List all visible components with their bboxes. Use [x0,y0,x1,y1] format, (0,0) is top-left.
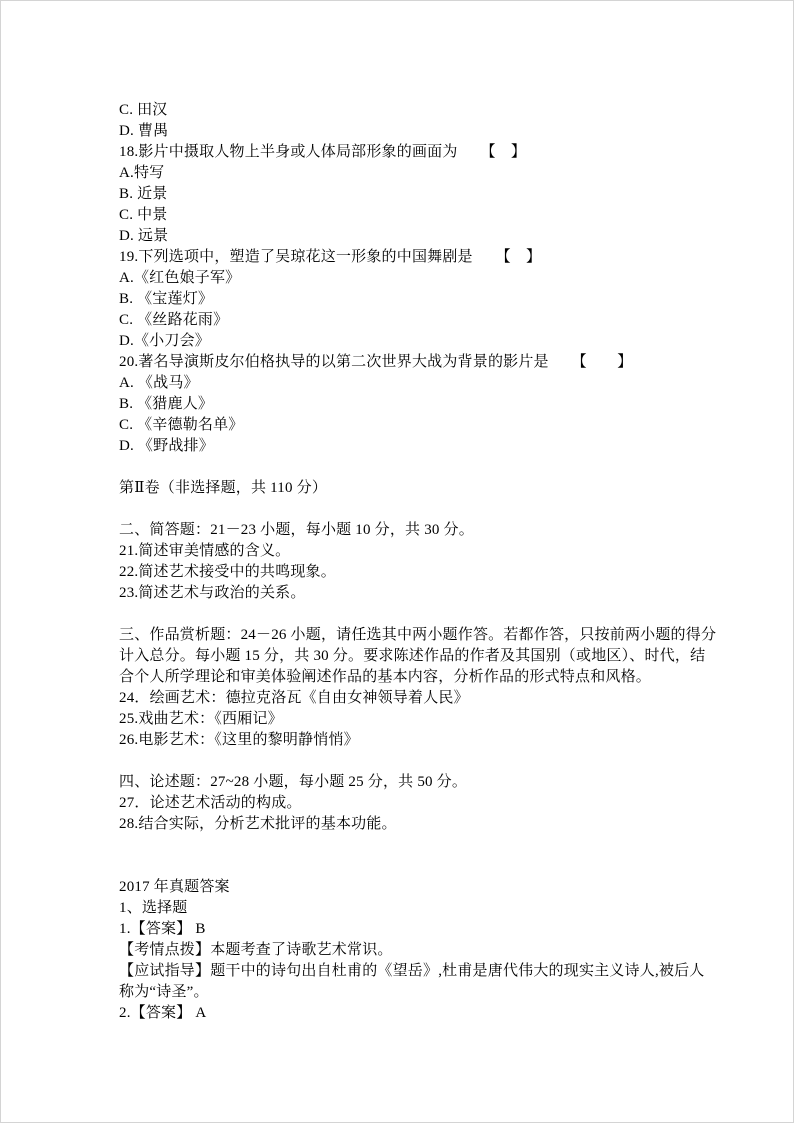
option-17-d: D. 曹禺 [119,121,681,142]
question-27: 27．论述艺术活动的构成。 [119,793,681,814]
question-18: 18.影片中摄取人物上半身或人体局部形象的画面为 【 】 [119,142,681,163]
question-20: 20.著名导演斯皮尔伯格执导的以第二次世界大战为背景的影片是 【 】 [119,352,681,373]
blank-line [119,856,681,877]
option-20-a: A. 《战马》 [119,373,681,394]
option-18-c: C. 中景 [119,205,681,226]
answer-1: 1.【答案】 B [119,919,681,940]
option-17-c: C. 田汉 [119,100,681,121]
question-21: 21.简述审美情感的含义。 [119,541,681,562]
question-23: 23.简述艺术与政治的关系。 [119,583,681,604]
option-19-d: D.《小刀会》 [119,331,681,352]
blank-line [119,604,681,625]
exam-document-page: C. 田汉 D. 曹禺 18.影片中摄取人物上半身或人体局部形象的画面为 【 】… [0,0,794,1123]
blank-line [119,835,681,856]
section3-header-line3: 合个人所学理论和审美体验阐述作品的基本内容，分析作品的形式特点和风格。 [119,667,681,688]
question-24: 24．绘画艺术：德拉克洛瓦《自由女神领导着人民》 [119,688,681,709]
question-25: 25.戏曲艺术：《西厢记》 [119,709,681,730]
option-20-c: C. 《辛德勒名单》 [119,415,681,436]
answer-1-guide-line2: 称为“诗圣”。 [119,982,681,1003]
exam-text-block: C. 田汉 D. 曹禺 18.影片中摄取人物上半身或人体局部形象的画面为 【 】… [119,100,681,1024]
question-28: 28.结合实际，分析艺术批评的基本功能。 [119,814,681,835]
question-22: 22.简述艺术接受中的共鸣现象。 [119,562,681,583]
section3-header-line2: 计入总分。每小题 15 分，共 30 分。要求陈述作品的作者及其国别（或地区）、… [119,646,681,667]
option-19-b: B. 《宝莲灯》 [119,289,681,310]
part2-volume-header: 第Ⅱ卷（非选择题，共 110 分） [119,478,681,499]
section4-header: 四、论述题：27~28 小题，每小题 25 分，共 50 分。 [119,772,681,793]
question-26: 26.电影艺术：《这里的黎明静悄悄》 [119,730,681,751]
option-20-d: D. 《野战排》 [119,436,681,457]
answer-1-exam-note: 【考情点拨】本题考查了诗歌艺术常识。 [119,940,681,961]
answer-1-guide-line1: 【应试指导】题干中的诗句出自杜甫的《望岳》,杜甫是唐代伟大的现实主义诗人,被后人 [119,961,681,982]
blank-line [119,499,681,520]
answers-section1-title: 1、选择题 [119,898,681,919]
blank-line [119,751,681,772]
option-20-b: B. 《猎鹿人》 [119,394,681,415]
answer-2: 2.【答案】 A [119,1003,681,1024]
answers-title: 2017 年真题答案 [119,877,681,898]
option-19-c: C. 《丝路花雨》 [119,310,681,331]
option-18-b: B. 近景 [119,184,681,205]
section2-header: 二、简答题：21－23 小题，每小题 10 分，共 30 分。 [119,520,681,541]
blank-line [119,457,681,478]
question-19: 19.下列选项中，塑造了吴琼花这一形象的中国舞剧是 【 】 [119,247,681,268]
option-19-a: A.《红色娘子军》 [119,268,681,289]
section3-header-line1: 三、作品赏析题：24－26 小题，请任选其中两小题作答。若都作答，只按前两小题的… [119,625,681,646]
option-18-d: D. 远景 [119,226,681,247]
option-18-a: A.特写 [119,163,681,184]
